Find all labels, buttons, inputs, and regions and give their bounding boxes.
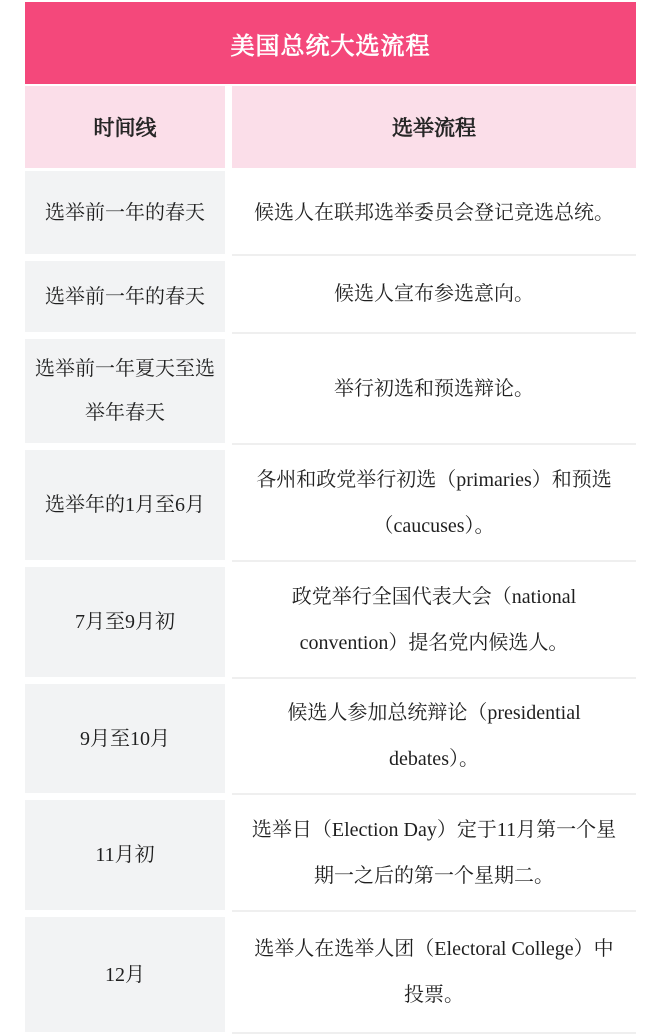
process-cell: 选举人在选举人团（Electoral College）中投票。: [232, 910, 636, 1032]
table-row: 选举前一年夏天至选举年春天 举行初选和预选辩论。: [25, 332, 636, 443]
column-divider: [225, 332, 232, 443]
column-divider: [225, 443, 232, 560]
table-title-bar: 美国总统大选流程: [25, 2, 636, 84]
column-divider: [225, 254, 232, 332]
column-header-timeline: 时间线: [25, 86, 225, 168]
table-row: 选举年的1月至6月 各州和政党举行初选（primaries）和预选（caucus…: [25, 443, 636, 560]
timeline-cell: 11月初: [25, 793, 225, 910]
table-row: 11月初 选举日（Election Day）定于11月第一个星期一之后的第一个星…: [25, 793, 636, 910]
column-divider: [225, 793, 232, 910]
timeline-cell: 12月: [25, 910, 225, 1032]
table-row: 12月 选举人在选举人团（Electoral College）中投票。: [25, 910, 636, 1032]
timeline-cell: 选举前一年的春天: [25, 171, 225, 254]
timeline-cell: 选举前一年的春天: [25, 254, 225, 332]
process-cell: 举行初选和预选辩论。: [232, 332, 636, 443]
column-divider: [225, 677, 232, 793]
column-divider: [225, 560, 232, 677]
column-header-process: 选举流程: [232, 86, 636, 168]
process-cell: 候选人宣布参选意向。: [232, 254, 636, 332]
election-process-table: 美国总统大选流程 时间线 选举流程 选举前一年的春天 候选人在联邦选举委员会登记…: [25, 2, 636, 1034]
process-cell: 政党举行全国代表大会（national convention）提名党内候选人。: [232, 560, 636, 677]
column-divider: [225, 86, 232, 168]
table-row: 7月至9月初 政党举行全国代表大会（national convention）提名…: [25, 560, 636, 677]
table-title: 美国总统大选流程: [231, 26, 431, 61]
column-header-row: 时间线 选举流程: [25, 86, 636, 168]
process-cell: 候选人在联邦选举委员会登记竞选总统。: [232, 171, 636, 254]
timeline-cell: 选举前一年夏天至选举年春天: [25, 332, 225, 443]
process-cell: 选举日（Election Day）定于11月第一个星期一之后的第一个星期二。: [232, 793, 636, 910]
table-row: 9月至10月 候选人参加总统辩论（presidential debates）。: [25, 677, 636, 793]
timeline-cell: 9月至10月: [25, 677, 225, 793]
process-cell: 候选人参加总统辩论（presidential debates）。: [232, 677, 636, 793]
table-row: 选举前一年的春天 候选人在联邦选举委员会登记竞选总统。: [25, 171, 636, 254]
table-row: 选举前一年的春天 候选人宣布参选意向。: [25, 254, 636, 332]
timeline-cell: 7月至9月初: [25, 560, 225, 677]
process-cell: 各州和政党举行初选（primaries）和预选（caucuses）。: [232, 443, 636, 560]
column-divider: [225, 171, 232, 254]
timeline-cell: 选举年的1月至6月: [25, 443, 225, 560]
column-divider: [225, 910, 232, 1032]
